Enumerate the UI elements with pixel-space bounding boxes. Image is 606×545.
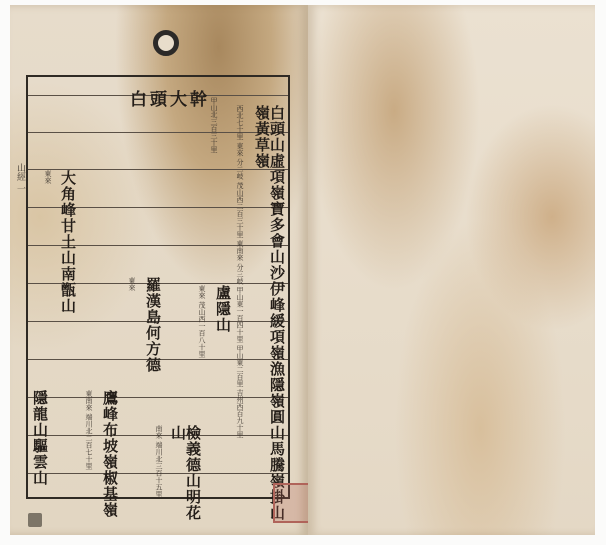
annotation-column: 東南來 端川北二百七十里 <box>85 390 92 469</box>
annotation-column: 甲山北三百三十里 <box>210 97 217 153</box>
binding-hole <box>153 30 179 56</box>
red-seal-stamp <box>273 483 311 523</box>
annotation-column: 東來 茂山西一百八十里 <box>198 285 205 357</box>
rule-line <box>28 132 288 133</box>
main-column: 羅漢島何方德 <box>145 277 160 373</box>
main-column: 白頭山虛項嶺寶多會山沙伊峰緩項嶺漁隱嶺圓山馬騰嶺掛山嶺黃草嶺 <box>254 105 284 535</box>
annotation-column: 南來 端川北三百十五里 <box>155 425 162 497</box>
open-book: 山經 一 白頭大幹 白頭山虛項嶺寶多會山沙伊峰緩項嶺漁隱嶺圓山馬騰嶺掛山嶺黃草嶺… <box>10 5 595 535</box>
main-column: 盧隱山 <box>215 285 230 333</box>
right-page-blank <box>308 5 595 535</box>
annotation-column: 東來 <box>44 170 51 184</box>
annotation-column: 西北七十里 東來 分二岐 茂山西二百三十里 東南來 分三岐 甲山東一百四十里 甲… <box>236 105 243 438</box>
main-column: 鷹峰布坡嶺椒基嶺 <box>102 390 117 518</box>
annotation-column: 東來 <box>128 277 135 291</box>
main-column: 檢義德山明花山 <box>170 425 200 535</box>
main-column: 隱龍山驅雲山 <box>32 390 47 486</box>
left-page: 山經 一 白頭大幹 白頭山虛項嶺寶多會山沙伊峰緩項嶺漁隱嶺圓山馬騰嶺掛山嶺黃草嶺… <box>10 5 308 535</box>
rule-line <box>28 397 288 398</box>
main-column: 大角峰甘土山南甑山 <box>60 170 75 314</box>
section-heading: 白頭大幹 <box>130 85 210 110</box>
ink-mark <box>28 513 42 527</box>
